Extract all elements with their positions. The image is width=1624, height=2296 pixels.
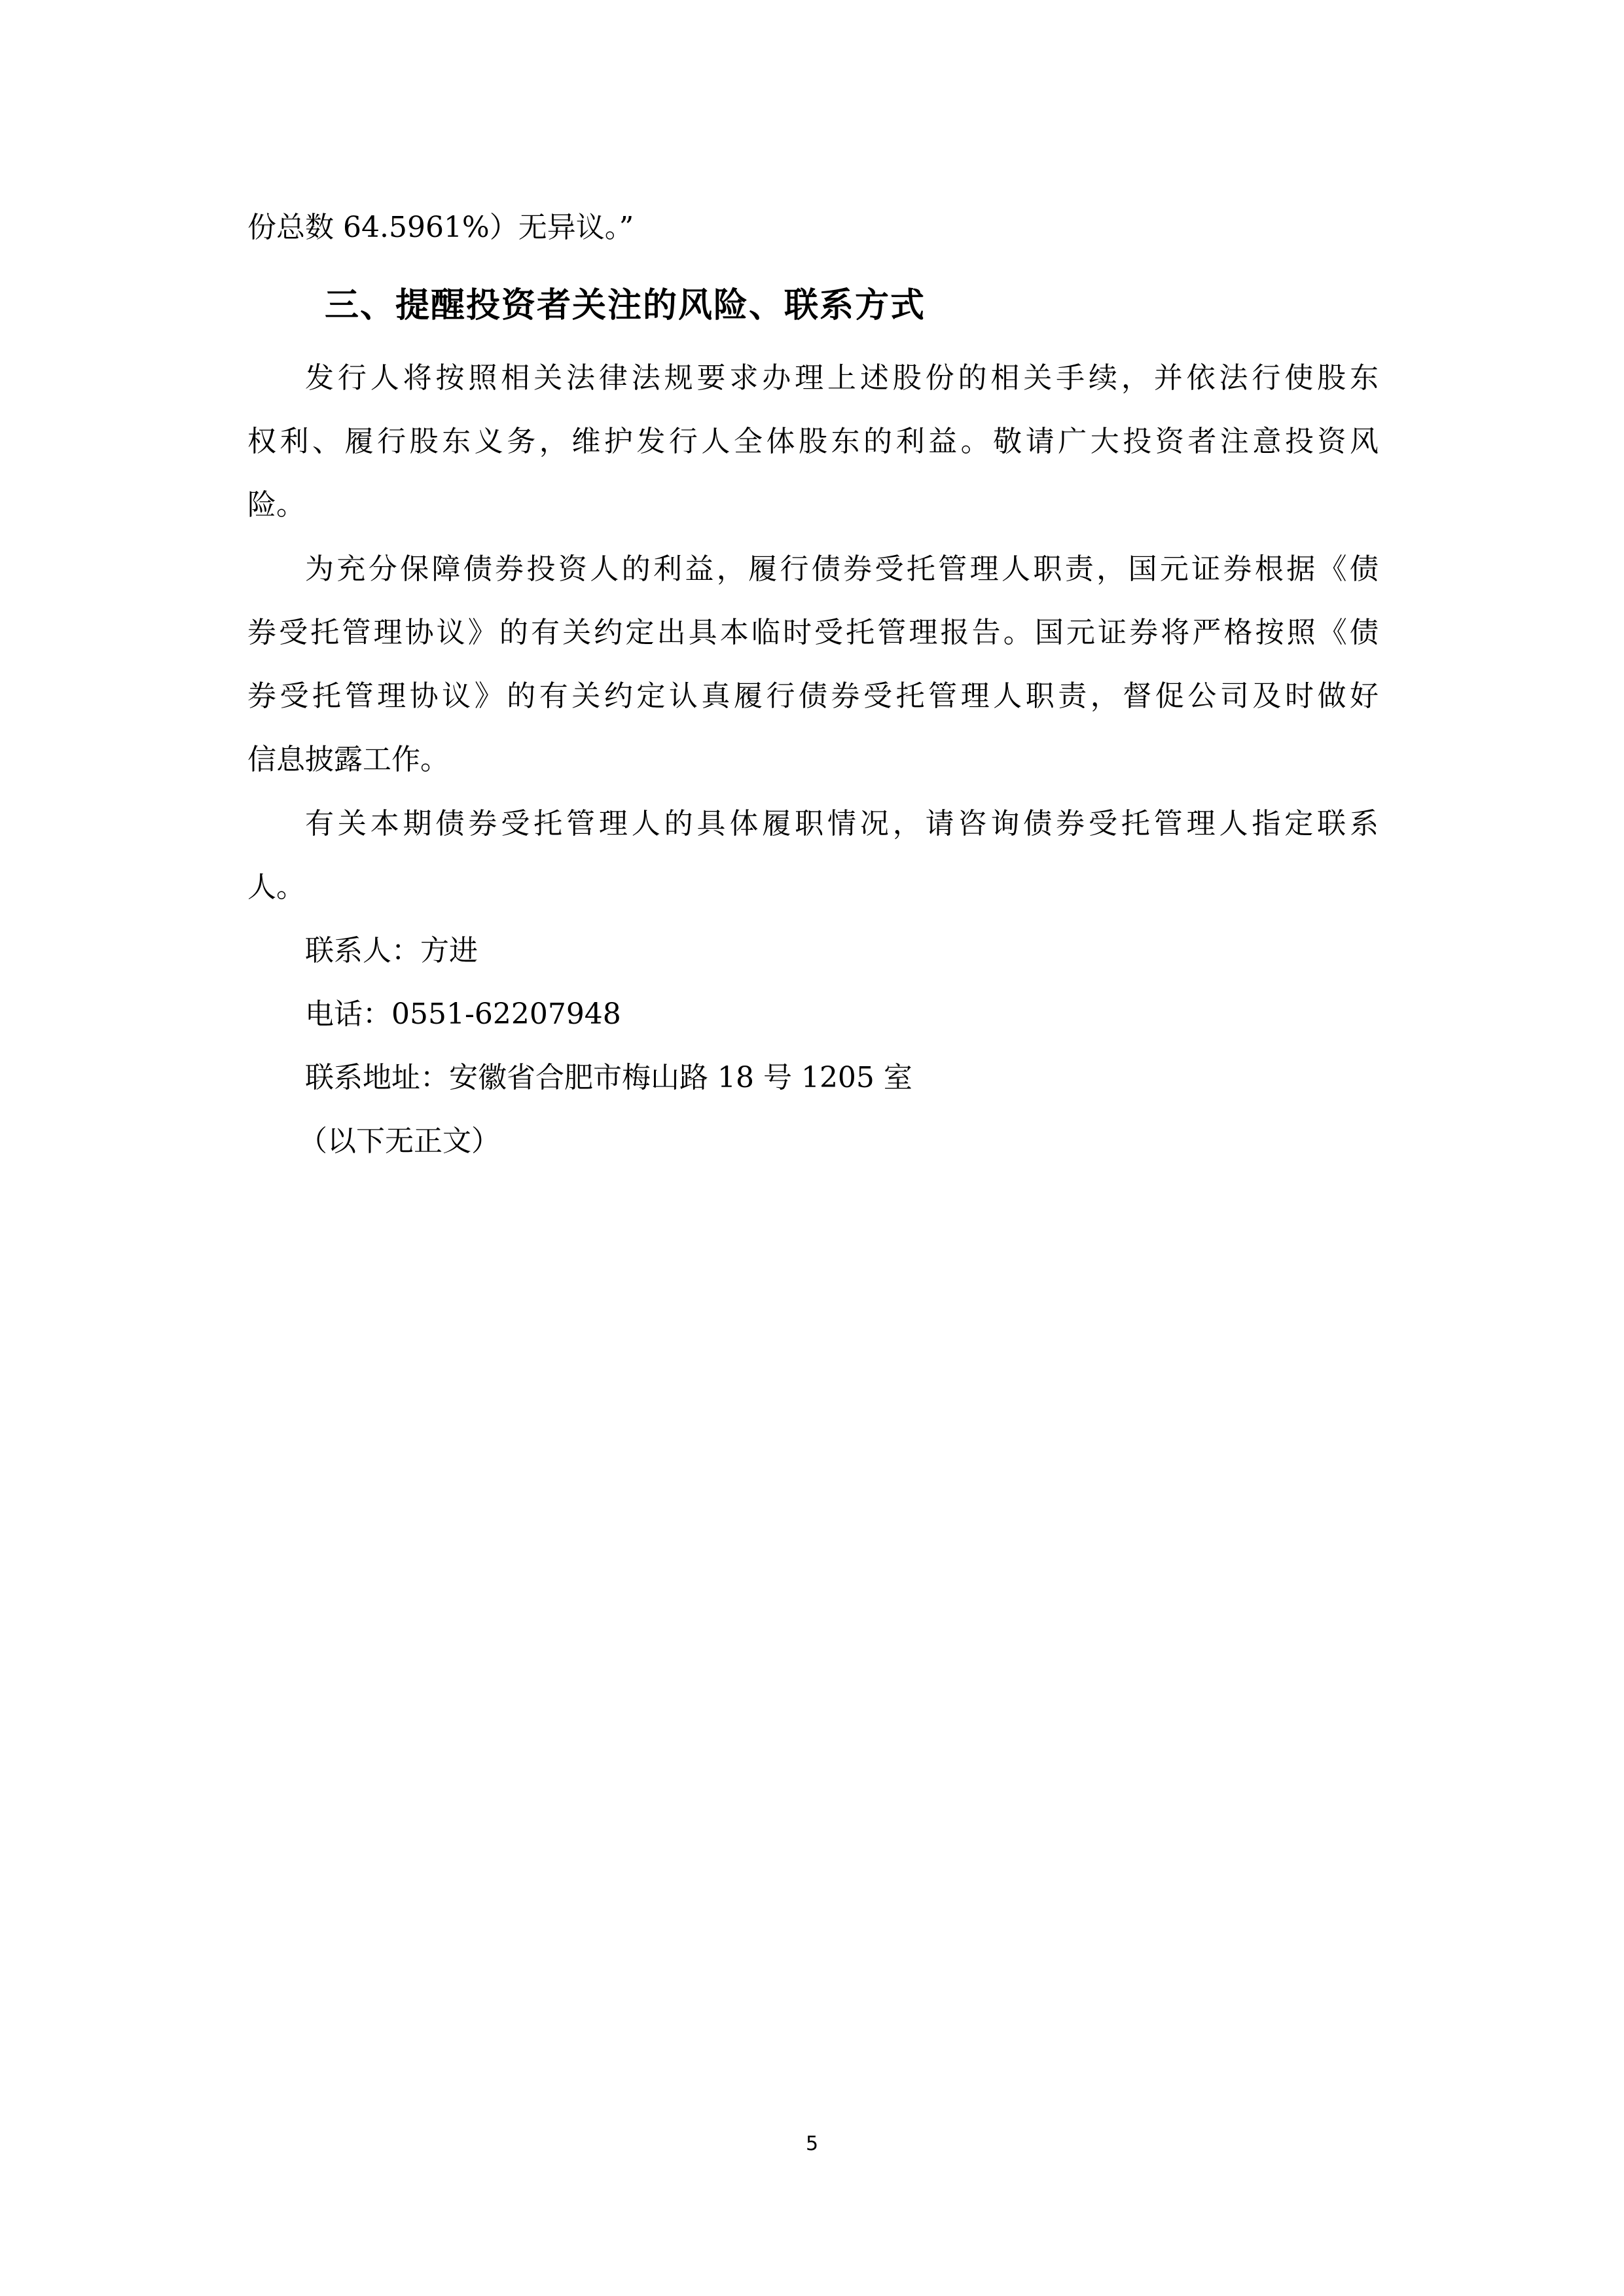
paragraph-2-line-1: 为充分保障债券投资人的利益，履行债券受托管理人职责，国元证券根据《债	[247, 550, 1379, 589]
end-note: （以下无正文）	[298, 1122, 1430, 1161]
contact-person-label: 联系人：	[305, 934, 420, 967]
paragraph-1-line-3: 险。	[247, 486, 1379, 525]
contact-address-label: 联系地址：	[305, 1061, 449, 1094]
paragraph-2-line-4: 信息披露工作。	[247, 740, 1379, 780]
contact-phone-label: 电话：	[305, 997, 391, 1031]
paragraph-2-line-3: 券受托管理协议》的有关约定认真履行债券受托管理人职责，督促公司及时做好	[247, 677, 1379, 716]
contact-person: 联系人：方进	[305, 931, 1436, 971]
paragraph-2-line-2: 券受托管理协议》的有关约定出具本临时受托管理报告。国元证券将严格按照《债	[247, 613, 1379, 653]
paragraph-1-line-1: 发行人将按照相关法律法规要求办理上述股份的相关手续，并依法行使股东	[247, 359, 1379, 398]
contact-address-value: 安徽省合肥市梅山路 18 号 1205 室	[449, 1061, 912, 1094]
paragraph-3-line-2: 人。	[247, 868, 1379, 907]
contact-phone-value: 0551-62207948	[391, 997, 621, 1031]
page-number: 5	[0, 2132, 1624, 2156]
contact-address: 联系地址：安徽省合肥市梅山路 18 号 1205 室	[305, 1058, 1436, 1098]
paragraph-3-line-1: 有关本期债券受托管理人的具体履职情况，请咨询债券受托管理人指定联系	[247, 804, 1379, 844]
contact-phone: 电话：0551-62207948	[305, 995, 1436, 1034]
paragraph-1-line-2: 权利、履行股东义务，维护发行人全体股东的利益。敬请广大投资者注意投资风	[247, 422, 1379, 461]
continuation-line: 份总数 64.5961%）无异议。”	[247, 208, 1379, 247]
contact-person-value: 方进	[420, 934, 478, 967]
section-heading: 三、提醒投资者关注的风险、联系方式	[325, 283, 926, 329]
